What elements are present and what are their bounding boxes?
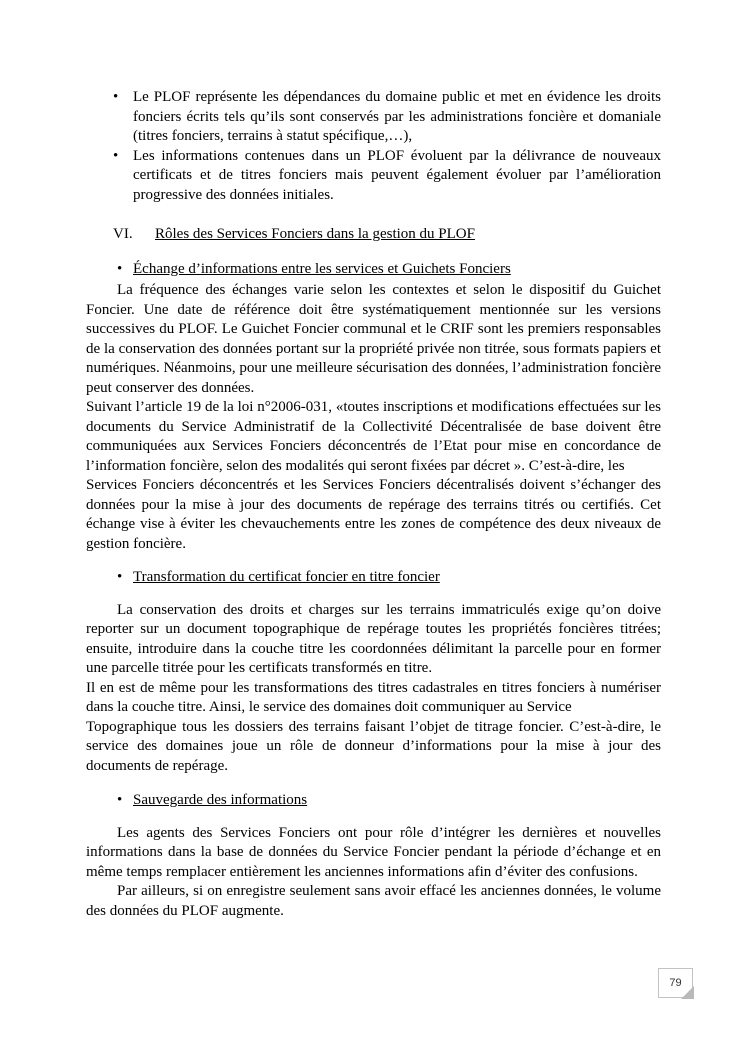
section-heading: VI.Rôles des Services Fonciers dans la g… [86,225,661,245]
paragraph: Topographique tous les dossiers des terr… [86,718,661,777]
subsection-heading: • Sauvegarde des informations [86,791,661,811]
list-item: • Les informations contenues dans un PLO… [86,147,661,206]
bullet-text: Le PLOF représente les dépendances du do… [133,89,661,144]
paragraph: Il en est de même pour les transformatio… [86,679,661,718]
paragraph: La fréquence des échanges varie selon le… [86,281,661,398]
bullet-icon: • [113,88,118,108]
subsection-title: Échange d’informations entre les service… [133,261,511,277]
section-numeral: VI. [113,225,155,245]
document-content: • Le PLOF représente les dépendances du … [86,88,661,921]
paragraph: Suivant l’article 19 de la loi n°2006-03… [86,398,661,476]
subsection-title: Sauvegarde des informations [133,792,307,808]
bullet-icon: • [113,147,118,167]
bullet-icon: • [117,260,122,280]
paragraph: La conservation des droits et charges su… [86,601,661,679]
paragraph: Par ailleurs, si on enregistre seulement… [86,882,661,921]
subsection-title: Transformation du certificat foncier en … [133,569,440,585]
subsection-heading: • Échange d’informations entre les servi… [86,260,661,280]
paragraph: Services Fonciers déconcentrés et les Se… [86,476,661,554]
page-number: 79 [669,977,681,989]
folded-corner-icon [681,986,694,999]
document-page: • Le PLOF représente les dépendances du … [0,0,745,1053]
paragraph: Les agents des Services Fonciers ont pou… [86,824,661,883]
bullet-icon: • [117,791,122,811]
page-number-badge: 79 [658,968,693,998]
bullet-text: Les informations contenues dans un PLOF … [133,148,661,203]
bullet-icon: • [117,568,122,588]
section-title: Rôles des Services Fonciers dans la gest… [155,226,475,242]
subsection-heading: • Transformation du certificat foncier e… [86,568,661,588]
list-item: • Le PLOF représente les dépendances du … [86,88,661,147]
